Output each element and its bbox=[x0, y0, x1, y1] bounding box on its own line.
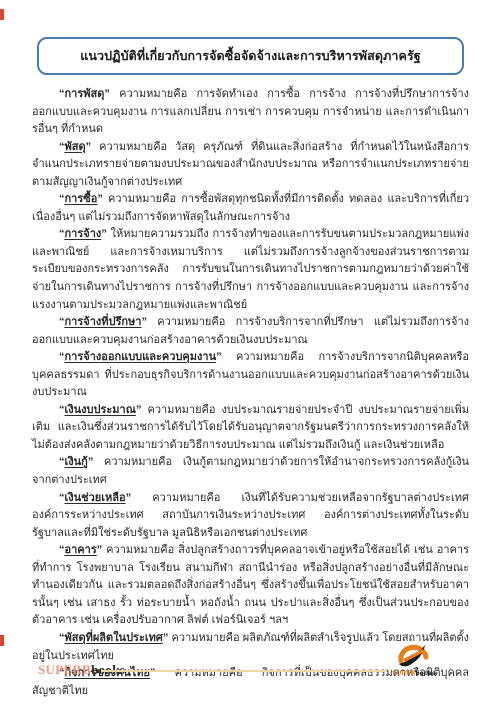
scan-edge-mark-bottom bbox=[0, 635, 4, 646]
definition-text: ให้หมายความรวมถึง การจ้างทำของและการรับข… bbox=[32, 228, 469, 310]
definition-paragraph: “เงินงบประมาณ” ความหมายคือ งบประมาณรายจ่… bbox=[32, 402, 469, 455]
definition-term: พัสดุที่ผลิตในประเทศ bbox=[65, 632, 163, 644]
definition-text: ความหมายคือ สิ่งปลูกสร้างถาวรที่บุคคลอาจ… bbox=[32, 544, 469, 626]
definition-term: การจ้างออกแบบและควบคุมงาน bbox=[65, 351, 217, 363]
definition-paragraph: “เงินกู้” ความหมายคือ เงินกู้ตามกฎหมายว่… bbox=[32, 454, 469, 489]
logo-caption-secondary: books bbox=[416, 670, 436, 677]
publisher-logo: SUPERbooks bbox=[392, 638, 436, 677]
definition-paragraph: “การพัสดุ” ความหมายคือ การจัดทำเอง การซื… bbox=[32, 86, 469, 139]
definition-paragraph: “เงินช่วยเหลือ” ความหมายคือ เงินที่ได้รั… bbox=[32, 490, 469, 543]
definition-paragraph: “การจ้างออกแบบและควบคุมงาน” ความหมายคือ … bbox=[32, 349, 469, 402]
logo-caption: SUPERbooks bbox=[392, 670, 436, 677]
definition-term: การพัสดุ bbox=[65, 88, 105, 100]
definition-term: การซื้อ bbox=[65, 193, 98, 205]
definition-term: การจ้างที่ปรึกษา bbox=[65, 316, 142, 328]
definition-term: เงินช่วยเหลือ bbox=[65, 492, 126, 504]
logo-caption-primary: SUPER bbox=[392, 670, 415, 677]
definition-paragraph: “อาคาร” ความหมายคือ สิ่งปลูกสร้างถาวรที่… bbox=[32, 542, 469, 630]
definition-paragraph: “การจ้างที่ปรึกษา” ความหมายคือ การจ้างบร… bbox=[32, 314, 469, 349]
definition-paragraph: “พัสดุ” ความหมายคือ วัสดุ ครุภัณฑ์ ที่ดิ… bbox=[32, 139, 469, 192]
footer-brand-primary: SUPERB bbox=[38, 662, 91, 677]
title-box: แนวปฏิบัติที่เกี่ยวกับการจัดซื้อจัดจ้างแ… bbox=[37, 37, 464, 75]
definition-text: ความหมายคือ วัสดุ ครุภัณฑ์ ที่ดินและสิ่ง… bbox=[32, 141, 469, 188]
footer-divider-line bbox=[101, 670, 387, 672]
page-title: แนวปฏิบัติที่เกี่ยวกับการจัดซื้อจัดจ้างแ… bbox=[80, 46, 421, 66]
scan-edge-mark-top bbox=[0, 9, 4, 20]
definition-term: เงินกู้ bbox=[65, 456, 88, 468]
definitions-body: “การพัสดุ” ความหมายคือ การจัดทำเอง การซื… bbox=[32, 86, 469, 700]
document-page: แนวปฏิบัติที่เกี่ยวกับการจัดซื้อจัดจ้างแ… bbox=[0, 0, 501, 704]
definition-term: การจ้าง bbox=[65, 228, 102, 240]
swoosh-logo-icon bbox=[396, 638, 432, 670]
definition-term: เงินงบประมาณ bbox=[65, 404, 136, 416]
definition-term: อาคาร bbox=[65, 544, 97, 556]
definition-term: พัสดุ bbox=[65, 141, 86, 153]
definition-paragraph: “การจ้าง” ให้หมายความรวมถึง การจ้างทำของ… bbox=[32, 226, 469, 314]
definition-text: ความหมายคือ เงินกู้ตามกฎหมายว่าด้วยการให… bbox=[32, 456, 469, 486]
definition-paragraph: “การซื้อ” ความหมายคือ การซื้อพัสดุทุกชนิ… bbox=[32, 191, 469, 226]
